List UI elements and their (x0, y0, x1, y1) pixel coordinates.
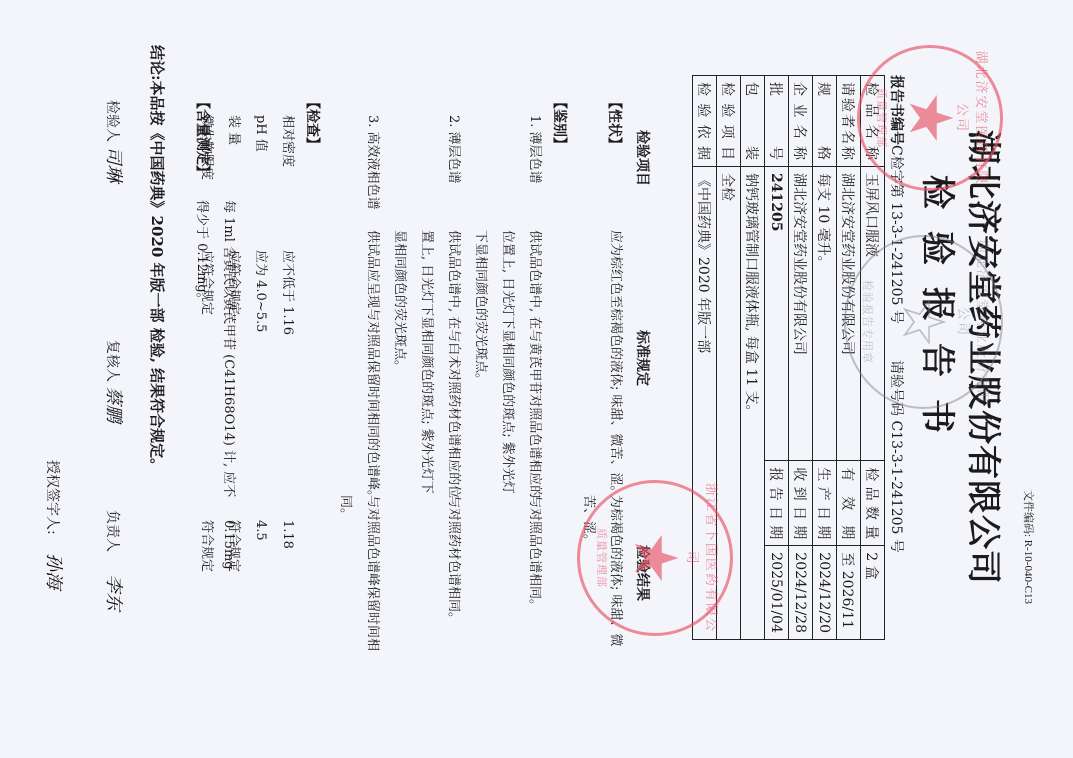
identification-1-result: 与对照品色谱相同。 (521, 495, 548, 655)
info-row: 包 装钠钙玻璃管制口服液体瓶, 每盒 11 支。 (741, 76, 765, 640)
info-value-secondary: 2024/12/28 (789, 546, 813, 640)
seal-ring-text: 湖北济安堂药业股份有限公司 (955, 237, 993, 407)
info-row: 规 格每支 10 毫升。生产日期2024/12/20 (813, 76, 837, 640)
section-assay-title: 【含量测定】 (193, 95, 213, 179)
examination-item-standard: 应不低于 1.16 (274, 250, 301, 335)
seal-bottom-text: 质量管理部 (874, 48, 890, 188)
star-icon: ★ (900, 91, 960, 145)
character-standard: 应为棕红色至棕褐色的液体; 味甜、微苦、涩。 (602, 230, 629, 505)
info-value-secondary: 至 2026/11 (837, 546, 861, 640)
conclusion-text: 本品按《中国药典》2020 年版一部 检验, 结果符合规定。 (148, 81, 166, 474)
report-seal-gray: 湖北济安堂药业股份有限公司 ☆ 检验报告专用章 (844, 235, 1003, 409)
reviewer-label: 复核人 (104, 340, 120, 382)
info-label: 规 格 (813, 76, 837, 167)
company-seal-red: 湖北济安堂医药有限公司 ★ 质量管理部 (857, 45, 1003, 191)
examination-item-result: 1.18 (274, 520, 301, 549)
header-standard: 标准规定 (633, 330, 653, 386)
reviewer-signature: 复核人 蔡鹏 (102, 340, 128, 422)
info-label: 企业名称 (789, 76, 813, 167)
identification-2-result: 与对照药材色谱相同。 (440, 495, 467, 655)
info-value: 每支 10 毫升。 (813, 167, 837, 461)
info-value-secondary: 2025/01/04 (765, 546, 789, 640)
identification-2-standard: 供试品色谱中, 在与白术对照药材色谱相应的位置上, 日光灯下显相同颜色的斑点; … (386, 230, 467, 505)
identification-1-standard: 供试品色谱中, 在与黄芪甲苷对照品色谱相应的位置上, 日光灯下显相同颜色的斑点;… (467, 230, 548, 505)
identification-item-2: 2. 薄层色谱 (440, 115, 467, 184)
examination-item-name: 相对密度 (274, 115, 301, 167)
inspector-handwriting: 司琳 (103, 146, 124, 182)
examination-item-name: pH 值 (247, 115, 274, 152)
responsible-signature: 负责人 李东 (102, 510, 128, 610)
section-identification-title: 【鉴别】 (550, 95, 570, 151)
info-value-secondary: 2 盒 (861, 546, 885, 640)
star-icon: ☆ (894, 295, 954, 349)
responsible-handwriting: 李东 (103, 574, 124, 610)
info-label: 批 号 (765, 76, 789, 167)
responsible-label: 负责人 (104, 510, 120, 552)
info-row: 企业名称湖北济安堂药业股份有限公司收到日期2024/12/28 (789, 76, 813, 640)
quality-seal-red: 浙江省卜国医药有限公司 ★ 质量管理部 (577, 480, 733, 636)
seal-bottom-text: 质量管理部 (594, 483, 610, 633)
info-label-secondary: 报告日期 (765, 461, 789, 546)
info-value-secondary: 2024/12/20 (813, 546, 837, 640)
inspector-label: 检验人 (104, 100, 120, 142)
info-value: 241205 (765, 167, 789, 461)
info-label-secondary: 收到日期 (789, 461, 813, 546)
seal-ring-text: 浙江省卜国医药有限公司 (684, 483, 722, 633)
seal-ring-text: 湖北济安堂医药有限公司 (954, 48, 992, 188)
info-label: 检验依据 (693, 76, 717, 167)
identification-item-1: 1. 薄层色谱 (521, 115, 548, 184)
info-label-secondary: 有 效 期 (837, 461, 861, 546)
assay-standard: 每 1ml 含黄芪以黄芪甲苷 (C41H68O14) 计, 应不得少于 0.12… (188, 200, 242, 500)
inspector-signature: 检验人 司琳 (102, 100, 128, 182)
conclusion: 结论:本品按《中国药典》2020 年版一部 检验, 结果符合规定。 (147, 45, 168, 473)
seal-bottom-text: 检验报告专用章 (860, 237, 876, 407)
info-label-secondary: 生产日期 (813, 461, 837, 546)
info-value: 湖北济安堂药业股份有限公司 (789, 167, 813, 461)
examination-item-result: 4.5 (247, 520, 274, 541)
section-character-title: 【性状】 (605, 95, 625, 151)
identification-3-result: 与对照品色谱峰保留时间相同。 (332, 495, 386, 655)
assay-result: 0.15mg (215, 520, 242, 570)
section-examination-title: 【检查】 (303, 95, 323, 151)
info-label-secondary: 检品数量 (861, 461, 885, 546)
inspection-report-page: 文件编码: R-10-040-C13 湖北济安堂药业股份有限公司 检验报告书 报… (0, 0, 1073, 758)
file-code: 文件编码: R-10-040-C13 (1021, 490, 1037, 604)
examination-item-standard: 应为 4.0~5.5 (247, 250, 274, 332)
identification-item-3: 3. 高效液相色谱 (359, 115, 386, 210)
info-value: 钠钙玻璃管制口服液体瓶, 每盒 11 支。 (741, 167, 765, 640)
header-item: 检验项目 (633, 130, 653, 186)
conclusion-label: 结论: (148, 45, 166, 81)
examination-item-name: 装 量 (220, 115, 247, 145)
identification-3-standard: 供试品应呈现与对照品保留时间相同的色谱峰。 (359, 230, 386, 505)
authorized-handwriting: 孙海 (43, 553, 64, 589)
reviewer-handwriting: 蔡鹏 (103, 386, 124, 422)
star-icon: ★ (625, 531, 685, 585)
info-row: 批 号241205报告日期2025/01/04 (765, 76, 789, 640)
authorized-label: 授权签字人: (44, 460, 60, 535)
info-label: 检验项目 (717, 76, 741, 167)
authorized-signature: 授权签字人: 孙海 (42, 460, 68, 589)
info-label: 包 装 (741, 76, 765, 167)
